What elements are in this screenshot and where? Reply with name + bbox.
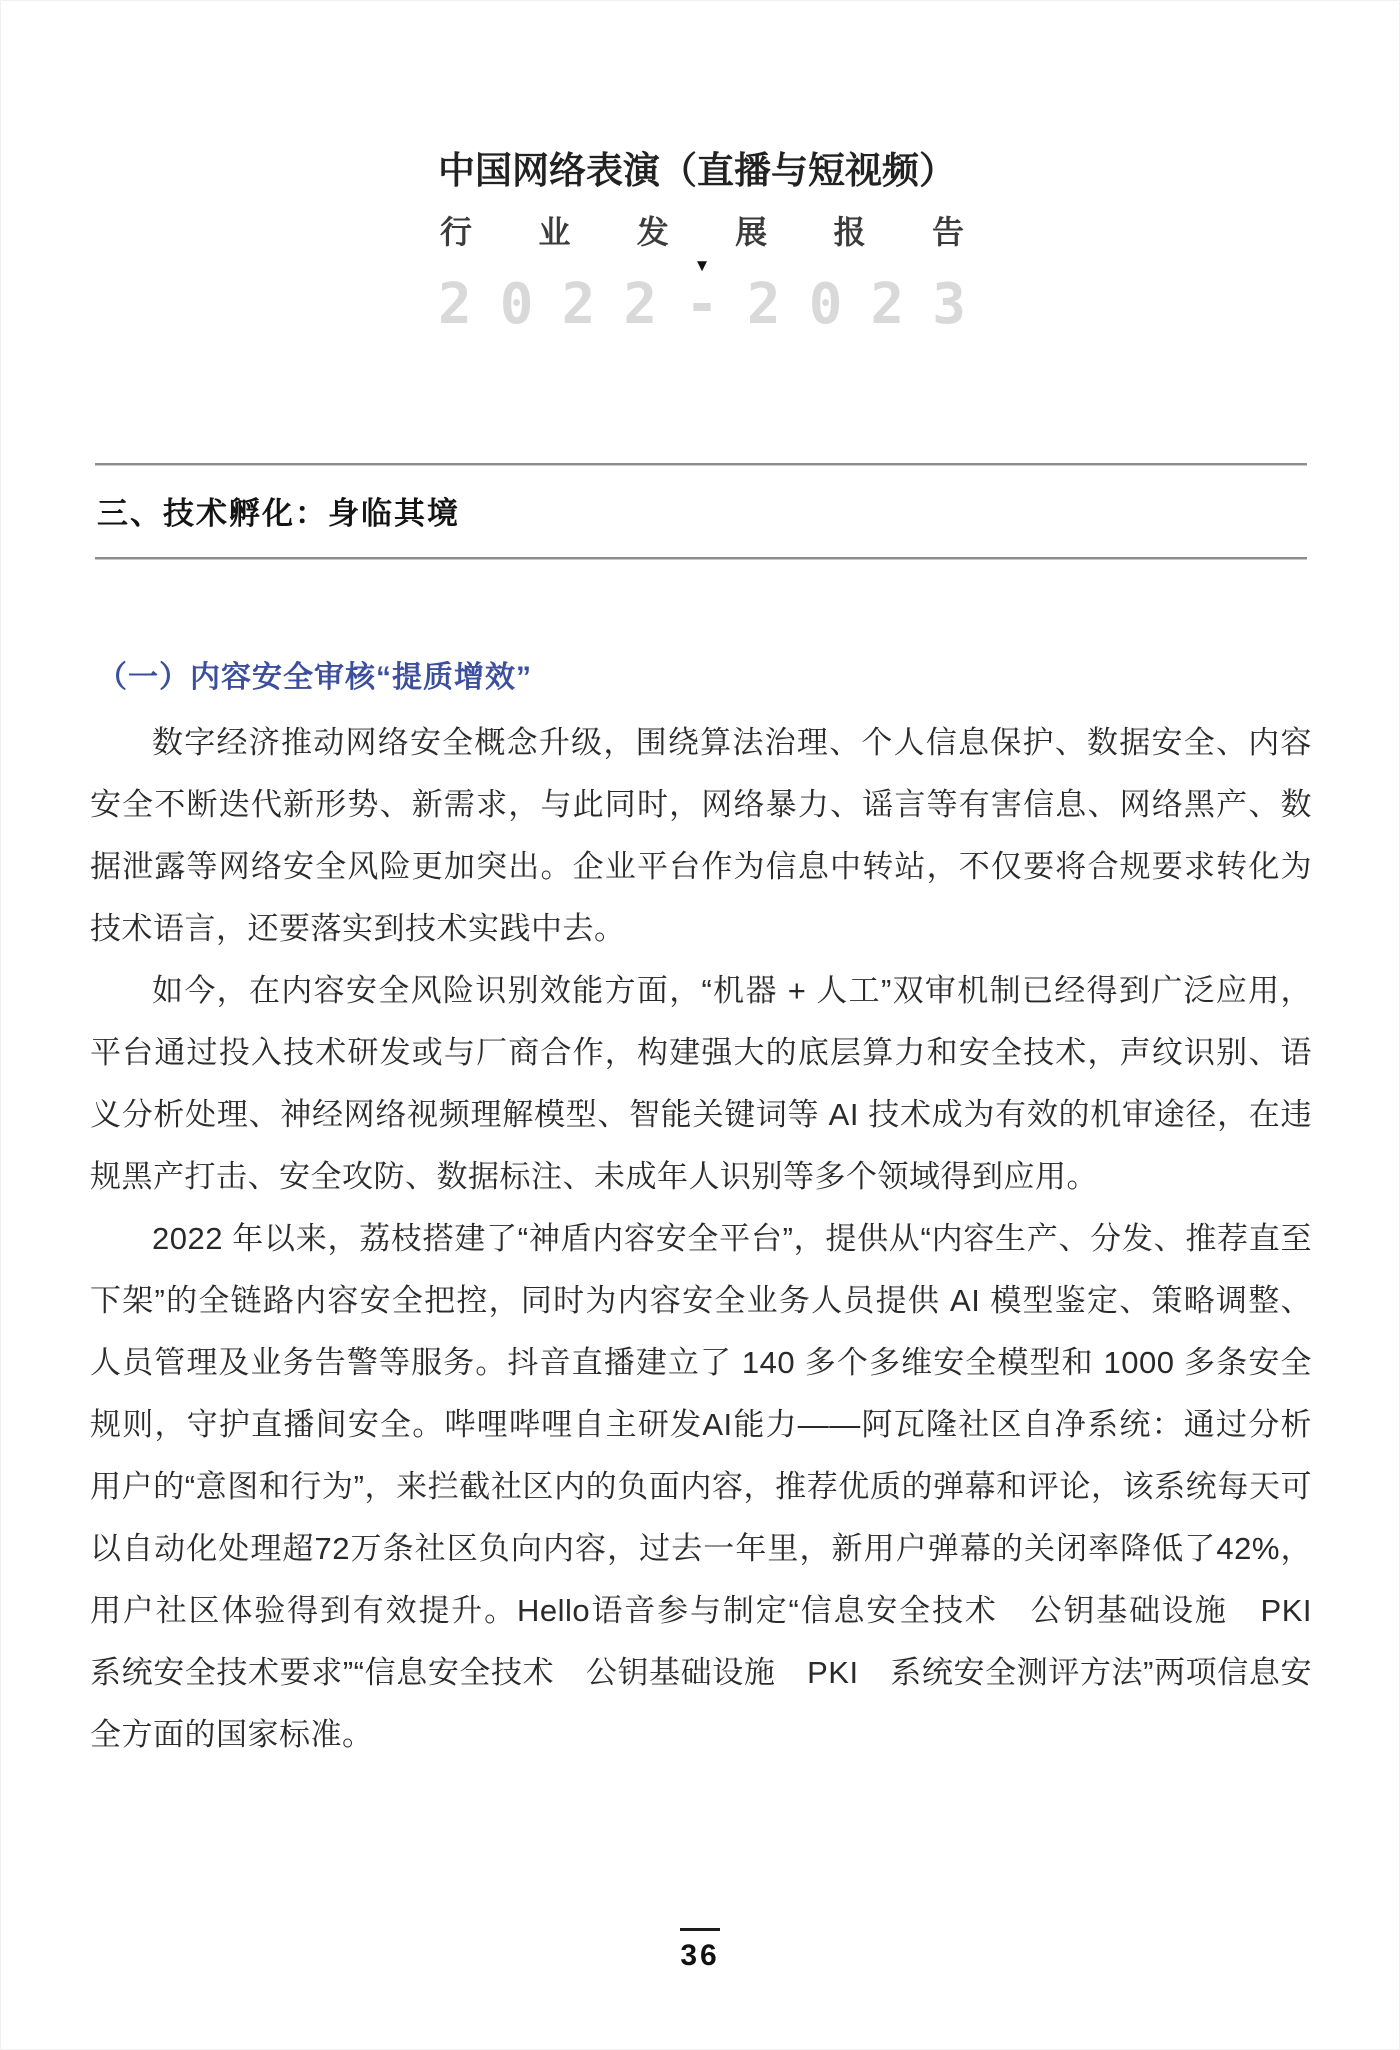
bottom-divider <box>95 557 1307 560</box>
report-years: 2022-2023 <box>438 276 966 334</box>
report-subtitle: 行业发展报告 <box>438 207 966 253</box>
page-number-divider <box>680 1928 720 1931</box>
subsection-title: （一）内容安全审核“提质增效” <box>97 652 532 696</box>
body-text: 数字经济推动网络安全概念升级，围绕算法治理、个人信息保护、数据安全、内容安全不断… <box>90 712 1312 1766</box>
page-number: 36 <box>680 1939 719 1973</box>
paragraph: 2022 年以来，荔枝搭建了“神盾内容安全平台”，提供从“内容生产、分发、推荐直… <box>90 1208 1312 1766</box>
section-title: 三、技术孵化：身临其境 <box>97 488 1307 533</box>
page-footer: 36 <box>0 1928 1400 1973</box>
paragraph: 数字经济推动网络安全概念升级，围绕算法治理、个人信息保护、数据安全、内容安全不断… <box>90 712 1312 960</box>
report-title: 中国网络表演（直播与短视频） <box>438 140 966 194</box>
top-divider <box>95 463 1307 466</box>
section-heading-block: 三、技术孵化：身临其境 <box>95 463 1307 560</box>
paragraph: 如今，在内容安全风险识别效能方面，“机器 + 人工”双审机制已经得到广泛应用，平… <box>90 960 1312 1208</box>
report-header: 中国网络表演（直播与短视频） 行业发展报告 ▼ 2022-2023 <box>438 140 966 334</box>
report-page: 中国网络表演（直播与短视频） 行业发展报告 ▼ 2022-2023 三、技术孵化… <box>0 0 1400 2050</box>
